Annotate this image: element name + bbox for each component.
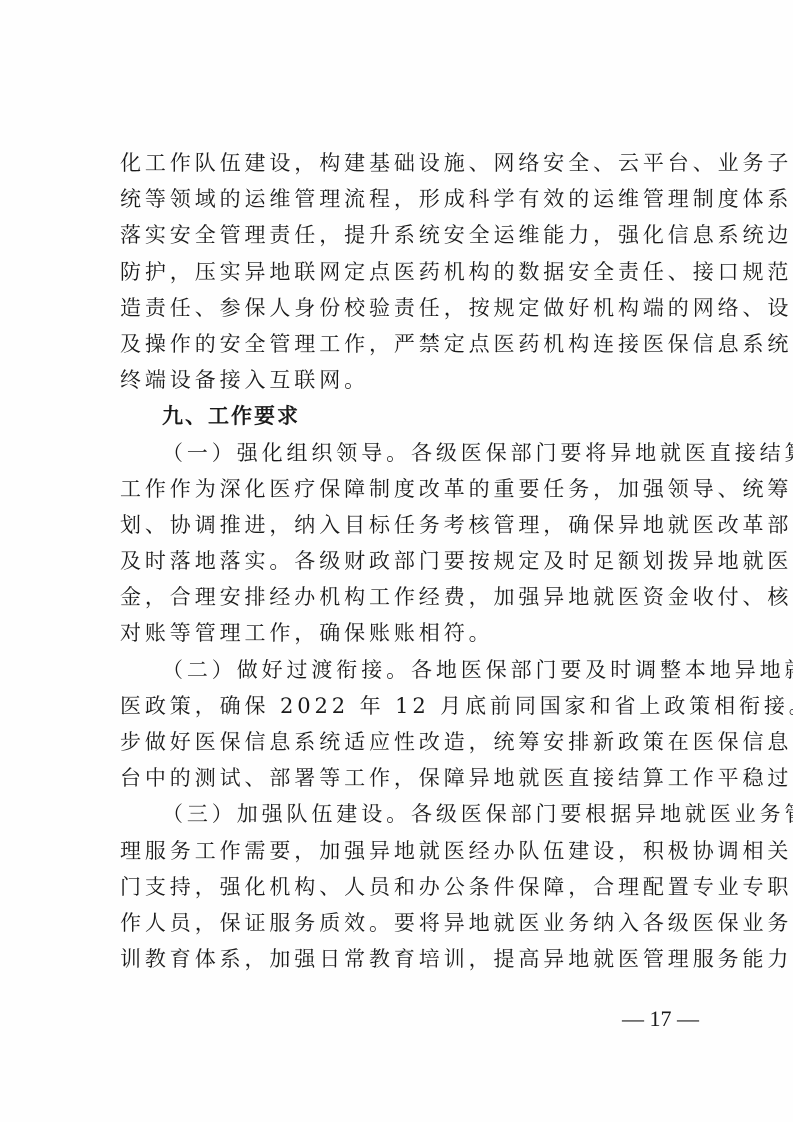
document-page: 化工作队伍建设，构建基础设施、网络安全、云平台、业务子系 统等领域的运维管理流程… (0, 0, 793, 1122)
text-line: 造责任、参保人身份校验责任，按规定做好机构端的网络、设备 (120, 290, 690, 326)
text-line: 台中的测试、部署等工作，保障异地就医直接结算工作平稳过渡。 (120, 760, 690, 796)
text-line: 工作作为深化医疗保障制度改革的重要任务，加强领导、统筹谋 (120, 471, 690, 507)
paragraph-item-1: （一）强化组织领导。各级医保部门要将异地就医直接结算 工作作为深化医疗保障制度改… (120, 435, 690, 652)
text-line: 门支持，强化机构、人员和办公条件保障，合理配置专业专职工 (120, 869, 690, 905)
text-line: 及时落地落实。各级财政部门要按规定及时足额划拨异地就医资 (120, 543, 690, 579)
text-line: 步做好医保信息系统适应性改造，统筹安排新政策在医保信息平 (120, 724, 690, 760)
text-line: 统等领域的运维管理流程，形成科学有效的运维管理制度体系。 (120, 181, 690, 217)
text-line: 医政策，确保 2022 年 12 月底前同国家和省上政策相衔接。要同 (120, 688, 690, 724)
paragraph-item-3: （三）加强队伍建设。各级医保部门要根据异地就医业务管 理服务工作需要，加强异地就… (120, 796, 690, 977)
section-heading: 九、工作要求 (120, 398, 690, 434)
text-line: 理服务工作需要，加强异地就医经办队伍建设，积极协调相关部 (120, 833, 690, 869)
document-body: 化工作队伍建设，构建基础设施、网络安全、云平台、业务子系 统等领域的运维管理流程… (120, 145, 690, 977)
text-line: 划、协调推进，纳入目标任务考核管理，确保异地就医改革部署 (120, 507, 690, 543)
text-line: 化工作队伍建设，构建基础设施、网络安全、云平台、业务子系 (120, 145, 690, 181)
text-line: （三）加强队伍建设。各级医保部门要根据异地就医业务管 (120, 796, 690, 832)
text-line: 金，合理安排经办机构工作经费，加强异地就医资金收付、核算、 (120, 579, 690, 615)
text-line: 终端设备接入互联网。 (120, 362, 690, 398)
paragraph-item-2: （二）做好过渡衔接。各地医保部门要及时调整本地异地就 医政策，确保 2022 年… (120, 652, 690, 797)
text-line: （一）强化组织领导。各级医保部门要将异地就医直接结算 (120, 435, 690, 471)
text-line: 及操作的安全管理工作，严禁定点医药机构连接医保信息系统的 (120, 326, 690, 362)
text-line: 作人员，保证服务质效。要将异地就医业务纳入各级医保业务培 (120, 905, 690, 941)
text-line: 防护，压实异地联网定点医药机构的数据安全责任、接口规范改 (120, 254, 690, 290)
text-line: （二）做好过渡衔接。各地医保部门要及时调整本地异地就 (120, 652, 690, 688)
paragraph-continued: 化工作队伍建设，构建基础设施、网络安全、云平台、业务子系 统等领域的运维管理流程… (120, 145, 690, 398)
page-number: — 17 — (622, 1006, 699, 1032)
text-line: 训教育体系，加强日常教育培训，提高异地就医管理服务能力。 (120, 941, 690, 977)
text-line: 对账等管理工作，确保账账相符。 (120, 615, 690, 651)
text-line: 落实安全管理责任，提升系统安全运维能力，强化信息系统边界 (120, 217, 690, 253)
